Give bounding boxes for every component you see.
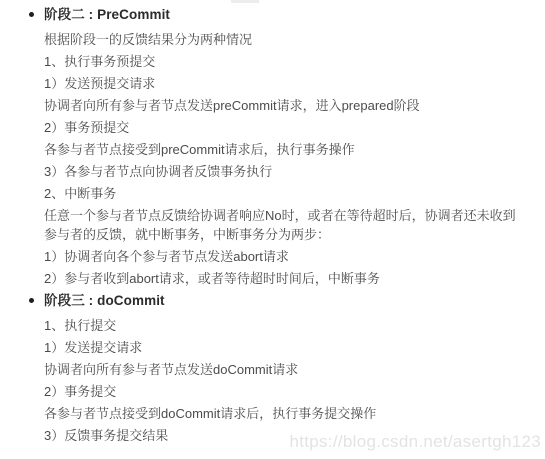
paragraph-line: 1）发送提交请求 — [44, 338, 522, 357]
paragraph-line: 3）各参与者节点向协调者反馈事务执行 — [44, 162, 522, 181]
paragraph-line: 各参与者节点接受到doCommit请求后，执行事务提交操作 — [44, 404, 522, 423]
paragraph-line: 1）协调者向各个参与者节点发送abort请求 — [44, 247, 522, 266]
paragraph-line: 根据阶段一的反馈结果分为两种情况 — [44, 30, 522, 49]
content-section: 阶段三 : doCommit1、执行提交1）发送提交请求协调者向所有参与者节点发… — [0, 291, 545, 445]
paragraph-line: 2）事务提交 — [44, 382, 522, 401]
section-heading: 阶段二 : PreCommit — [44, 5, 545, 24]
paragraph-line: 协调者向所有参与者节点发送doCommit请求 — [44, 360, 522, 379]
paragraph-line: 2）事务预提交 — [44, 118, 522, 137]
paragraph-line: 协调者向所有参与者节点发送preCommit请求，进入prepared阶段 — [44, 96, 522, 115]
cropped-text-fragment — [231, 0, 259, 3]
paragraph-line: 任意一个参与者节点反馈给协调者响应No时，或者在等待超时后，协调者还未收到参与者… — [44, 206, 522, 244]
paragraph-line: 1、执行事务预提交 — [44, 52, 522, 71]
bullet-dot-icon — [29, 12, 34, 17]
paragraph-line: 1）发送预提交请求 — [44, 74, 522, 93]
section-list: 阶段二 : PreCommit根据阶段一的反馈结果分为两种情况1、执行事务预提交… — [0, 5, 545, 448]
bullet-dot-icon — [29, 298, 34, 303]
section-heading: 阶段三 : doCommit — [44, 291, 545, 310]
paragraph-line: 1、执行提交 — [44, 316, 522, 335]
content-section: 阶段二 : PreCommit根据阶段一的反馈结果分为两种情况1、执行事务预提交… — [0, 5, 545, 288]
paragraph-line: 各参与者节点接受到preCommit请求后，执行事务操作 — [44, 140, 522, 159]
paragraph-line: 2）参与者收到abort请求，或者等待超时时间后，中断事务 — [44, 269, 522, 288]
paragraph-line: 2、中断事务 — [44, 184, 522, 203]
watermark-url: https://blog.csdn.net/asertgh123 — [289, 432, 541, 452]
article-content: 阶段二 : PreCommit根据阶段一的反馈结果分为两种情况1、执行事务预提交… — [0, 0, 545, 459]
